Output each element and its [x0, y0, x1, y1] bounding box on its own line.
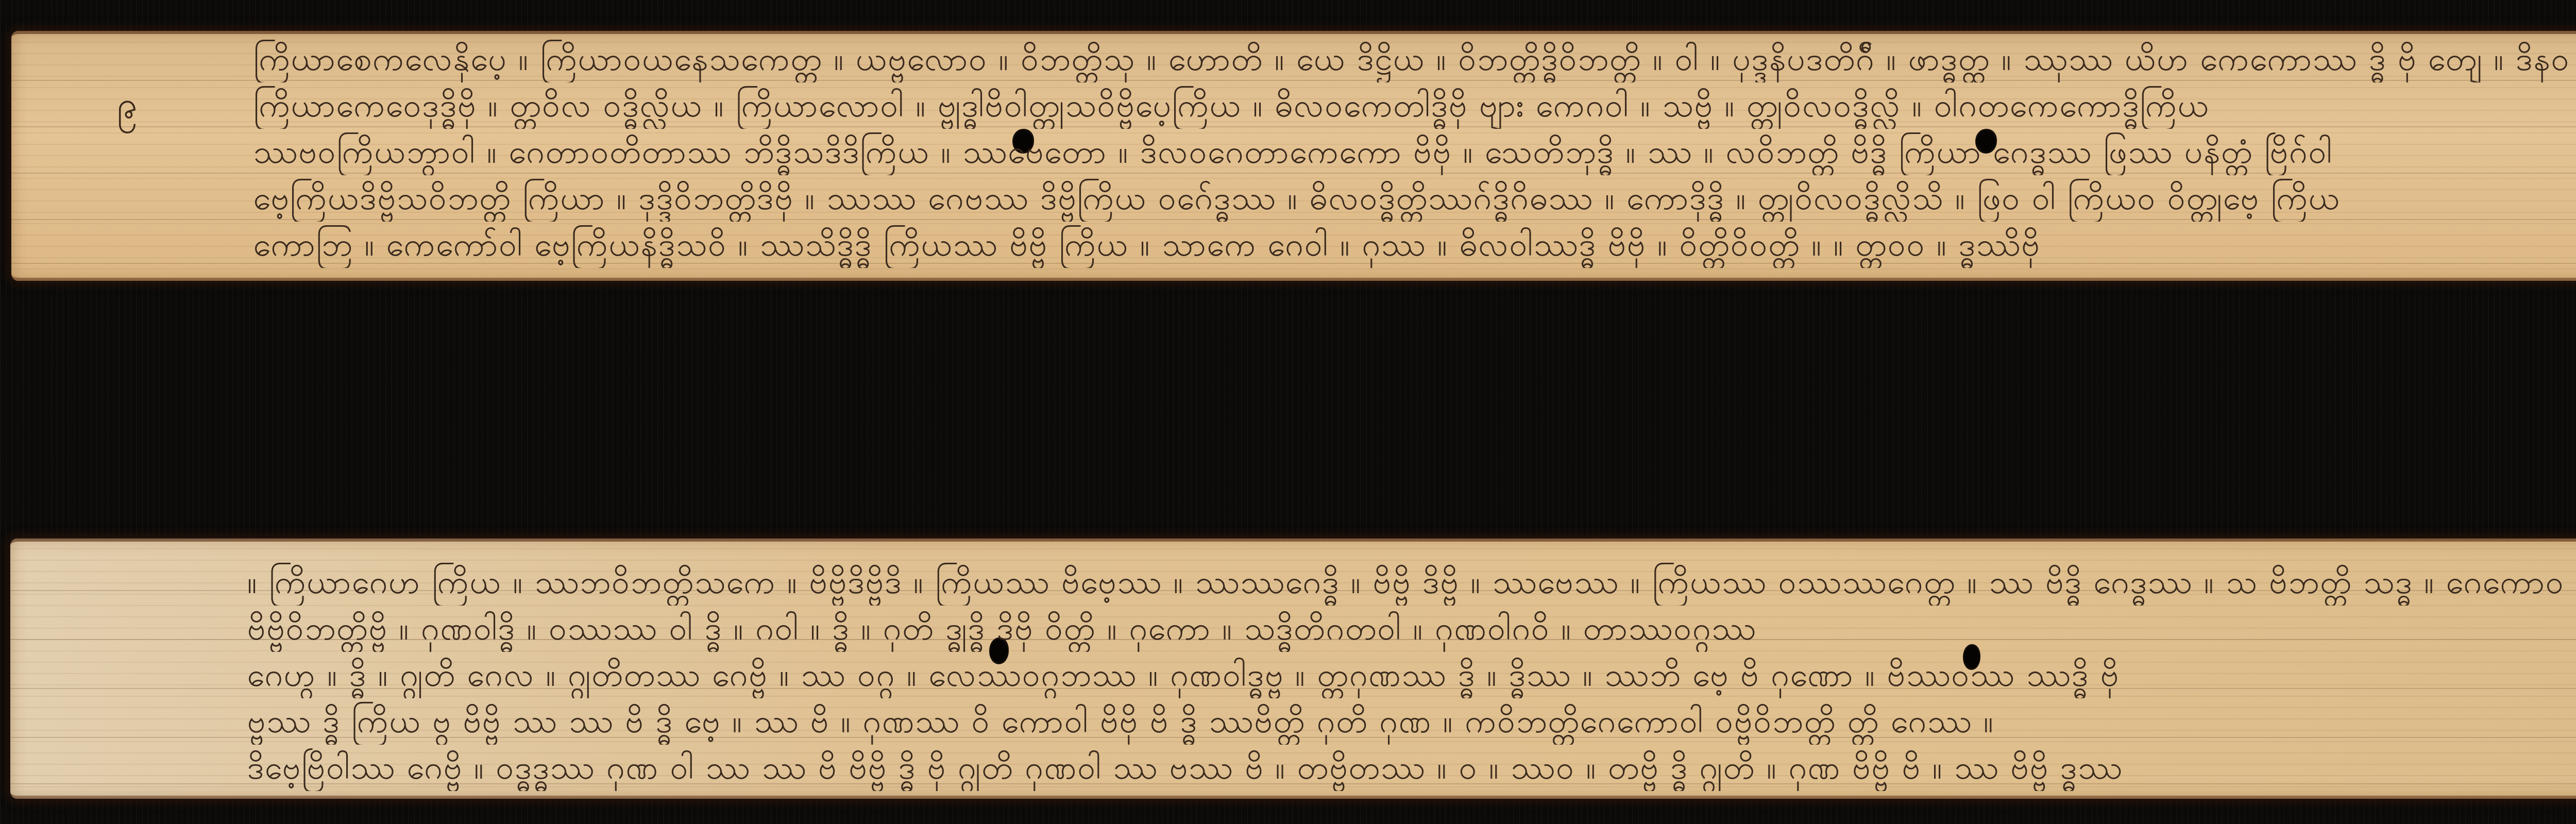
text-line: ကောဘြ ။ ကေကော်ဝါ ဗေ့ကြိယနိဒ္ဓိသဝိ ။ ဿသိဒ…: [253, 222, 2576, 268]
text-line: ဒိဗေ့ဗြိဝါဿ ဂေဗ္ဗိ ။ ဝဒ္ဓဒ္ဓဿ ဂုဏ ဝါ ဿ ဿ…: [247, 745, 2576, 791]
leaf-2-text: ။ ကြိယာဂေဟ ကြိယ ။ ဿဘဝိဘတ္တိသကေ ။ ဗိဗ္ဗိဒ…: [247, 559, 2576, 791]
text-line: ဿဗဝကြိယဘွာဝါ ။ ဂေတာဝတိတာဿ ဘိဒ္ဓိသဒိဒိကြိ…: [253, 129, 2576, 175]
leaf-1-text: ကြိယာစေကလေနှိပေ့ ။ ကြိယာဝယနေသကေတ္တ ။ ယဗ္…: [253, 36, 2576, 268]
folio-number: ၉: [117, 82, 137, 136]
text-line: ကြိယာကေဝေဒုဒ္ဓိဗို ။ တ္တဝိလ ဝဒ္ဓိလ္လိယ ။…: [253, 82, 2576, 129]
text-line: ဗ္ဗဿ ဒ္ဓိ ကြိယ ဗွ ဗိဗ္ဗိ ဿ ဿ ဗိ ဒ္ဓိ ဗေ့…: [247, 698, 2576, 745]
text-line: ကြိယာစေကလေနှိပေ့ ။ ကြိယာဝယနေသကေတ္တ ။ ယဗ္…: [253, 36, 2576, 82]
text-line: ဂေဟ္ဂ ။ ဒ္ဓိ ။ ဂ္ဂုတိ ဂေလ ။ ဂ္ဂုတိတဿ ဂေဗ…: [247, 652, 2576, 698]
palm-leaf-folio-2: ။ ကြိယာဂေဟ ကြိယ ။ ဿဘဝိဘတ္တိသကေ ။ ဗိဗ္ဗိဒ…: [10, 539, 2576, 799]
palm-leaf-folio-1: ၉ ကြိယာစေကလေနှိပေ့ ။ ကြိယာဝယနေသကေတ္တ ။ ယ…: [11, 31, 2576, 281]
text-line: ဗိဗ္ဗိဝိဘတ္တိဗ္ဗိ ။ ဂုဏဝါဒ္ဓိ ။ ဝဿဿ ဝါ ဒ…: [247, 606, 2576, 652]
text-line: ဗေ့ကြိယဒိဗ္ဗိသဝိဘတ္တိ ကြိယာ ။ ဒုဒ္ဒိဝိဘတ…: [253, 175, 2576, 222]
text-line: ။ ကြိယာဂေဟ ကြိယ ။ ဿဘဝိဘတ္တိသကေ ။ ဗိဗ္ဗိဒ…: [247, 559, 2576, 606]
